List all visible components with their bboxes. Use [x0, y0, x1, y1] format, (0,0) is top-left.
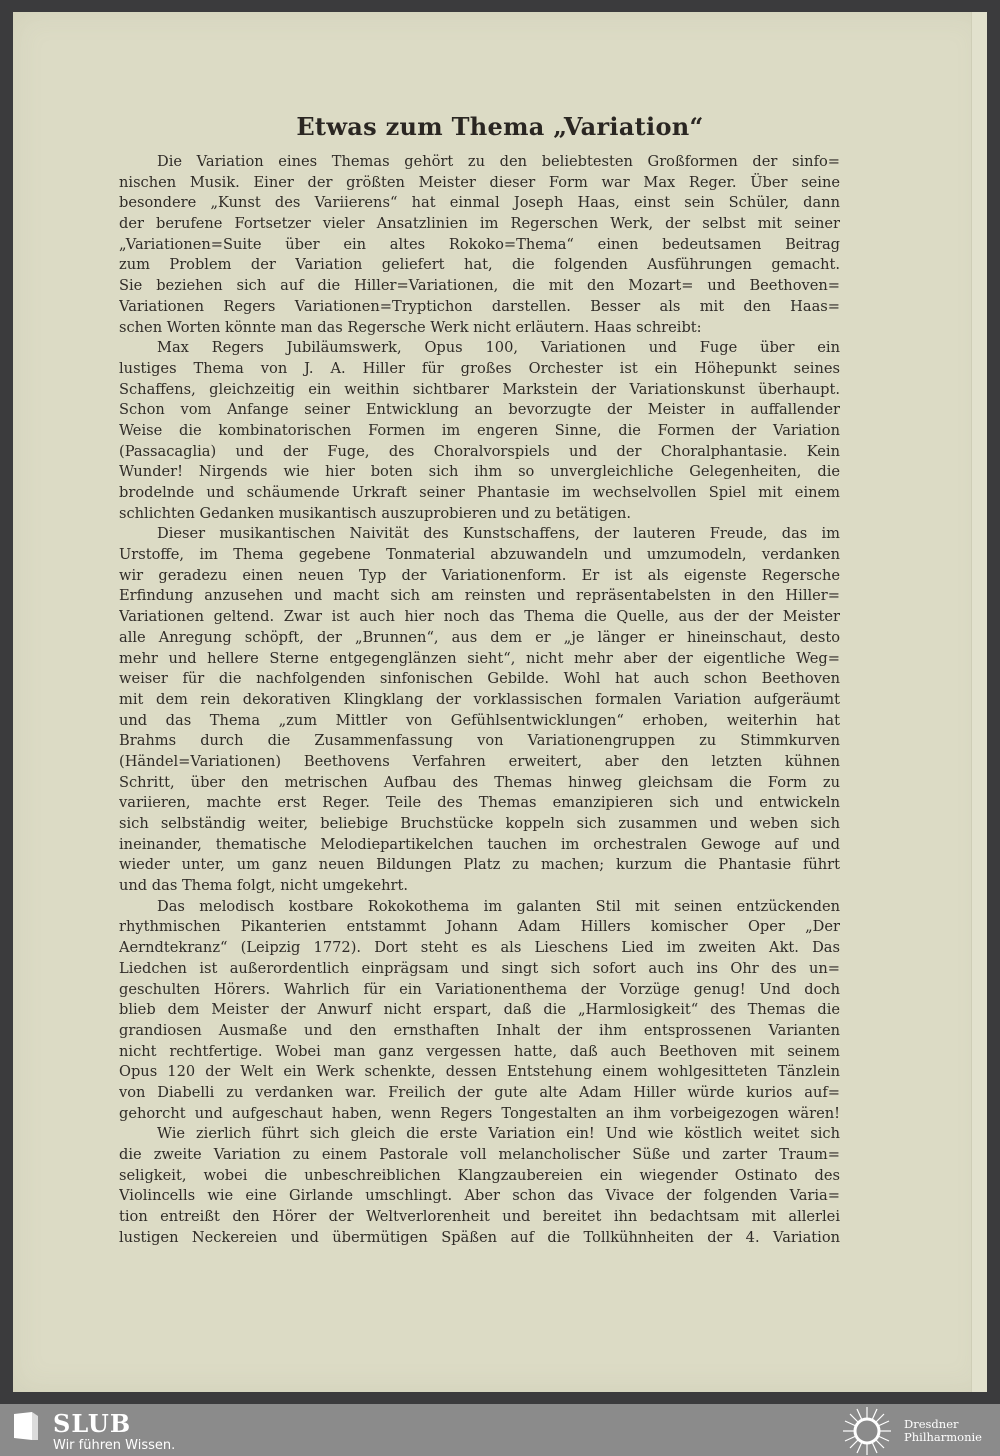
text-line: nischen Musik. Einer der größten Meister… — [119, 173, 840, 194]
text-line: Violincells wie eine Girlande umschlingt… — [119, 1186, 840, 1207]
text-line: weiser für die nachfolgenden sinfonische… — [119, 669, 840, 690]
text-line: lustiges Thema von J. A. Hiller für groß… — [119, 359, 840, 380]
footer-bar: SLUB Wir führen Wissen. Dresdner Philhar… — [0, 1404, 1000, 1456]
text-line: schen Worten könnte man das Regersche We… — [119, 318, 840, 339]
text-line: Variationen geltend. Zwar ist auch hier … — [119, 607, 840, 628]
text-line: alle Anregung schöpft, der „Brunnen“, au… — [119, 628, 840, 649]
text-line: Weise die kombinatorischen Formen im eng… — [119, 421, 840, 442]
text-line: Wunder! Nirgends wie hier boten sich ihm… — [119, 462, 840, 483]
text-line: Variationen Regers Variationen=Trypticho… — [119, 297, 840, 318]
text-line: besondere „Kunst des Variierens“ hat ein… — [119, 193, 840, 214]
text-line: Max Regers Jubiläumswerk, Opus 100, Vari… — [119, 338, 840, 359]
text-line: Schritt, über den metrischen Aufbau des … — [119, 773, 840, 794]
text-line: Liedchen ist außerordentlich einprägsam … — [119, 959, 840, 980]
text-line: wir geradezu einen neuen Typ der Variati… — [119, 566, 840, 587]
dresdner-philharmonie-logo-icon — [842, 1406, 892, 1456]
text-line: und das Thema „zum Mittler von Gefühlsen… — [119, 711, 840, 732]
text-line: brodelnde und schäumende Urkraft seiner … — [119, 483, 840, 504]
page-edge — [971, 12, 987, 1392]
text-line: von Diabelli zu verdanken war. Freilich … — [119, 1083, 840, 1104]
text-line: Dieser musikantischen Naivität des Kunst… — [119, 524, 840, 545]
text-line: gehorcht und aufgeschaut haben, wenn Reg… — [119, 1104, 840, 1125]
text-line: variieren, machte erst Reger. Teile des … — [119, 793, 840, 814]
text-line: grandiosen Ausmaße und den ernsthaften I… — [119, 1021, 840, 1042]
text-line: Schaffens, gleichzeitig ein weithin sich… — [119, 380, 840, 401]
slub-brand: SLUB — [53, 1409, 131, 1438]
document-body: Die Variation eines Themas gehört zu den… — [119, 152, 840, 1248]
slub-logo-icon — [14, 1412, 38, 1440]
text-line: mehr und hellere Sterne entgegenglänzen … — [119, 649, 840, 670]
text-line: „Variationen=Suite über ein altes Rokoko… — [119, 235, 840, 256]
brand-line-2: Philharmonie — [904, 1431, 982, 1444]
text-line: wieder unter, um ganz neuen Bildungen Pl… — [119, 855, 840, 876]
dresdner-philharmonie-brand: Dresdner Philharmonie — [904, 1418, 982, 1444]
text-line: Die Variation eines Themas gehört zu den… — [119, 152, 840, 173]
text-line: mit dem rein dekorativen Klingklang der … — [119, 690, 840, 711]
text-line: nicht rechtfertige. Wobei man ganz verge… — [119, 1042, 840, 1063]
text-line: seligkeit, wobei die unbeschreiblichen K… — [119, 1166, 840, 1187]
text-line: Urstoffe, im Thema gegebene Tonmaterial … — [119, 545, 840, 566]
text-line: sich selbständig weiter, beliebige Bruch… — [119, 814, 840, 835]
text-line: ineinander, thematische Melodiepartikelc… — [119, 835, 840, 856]
text-line: rhythmischen Pikanterien entstammt Johan… — [119, 917, 840, 938]
text-line: Opus 120 der Welt ein Werk schenkte, des… — [119, 1062, 840, 1083]
text-line: geschulten Hörers. Wahrlich für ein Vari… — [119, 980, 840, 1001]
text-line: (Passacaglia) und der Fuge, des Choralvo… — [119, 442, 840, 463]
text-line: Erfindung anzusehen und macht sich am re… — [119, 586, 840, 607]
text-line: der berufene Fortsetzer vieler Ansatzlin… — [119, 214, 840, 235]
text-line: Das melodisch kostbare Rokokothema im ga… — [119, 897, 840, 918]
text-line: Wie zierlich führt sich gleich die erste… — [119, 1124, 840, 1145]
text-line: Schon vom Anfange seiner Entwicklung an … — [119, 400, 840, 421]
text-line: schlichten Gedanken musikantisch auszupr… — [119, 504, 840, 525]
text-line: lustigen Neckereien und übermütigen Späß… — [119, 1228, 840, 1249]
text-line: tion entreißt den Hörer der Weltverloren… — [119, 1207, 840, 1228]
document-title: Etwas zum Thema „Variation“ — [0, 112, 1000, 141]
text-line: blieb dem Meister der Anwurf nicht erspa… — [119, 1000, 840, 1021]
text-line: und das Thema folgt, nicht umgekehrt. — [119, 876, 840, 897]
slub-tagline: Wir führen Wissen. — [53, 1438, 175, 1453]
text-line: die zweite Variation zu einem Pastorale … — [119, 1145, 840, 1166]
text-line: Sie beziehen sich auf die Hiller=Variati… — [119, 276, 840, 297]
text-line: Brahms durch die Zusammenfassung von Var… — [119, 731, 840, 752]
text-line: zum Problem der Variation geliefert hat,… — [119, 255, 840, 276]
text-line: Aerndtekranz“ (Leipzig 1772). Dort steht… — [119, 938, 840, 959]
text-line: (Händel=Variationen) Beethovens Verfahre… — [119, 752, 840, 773]
